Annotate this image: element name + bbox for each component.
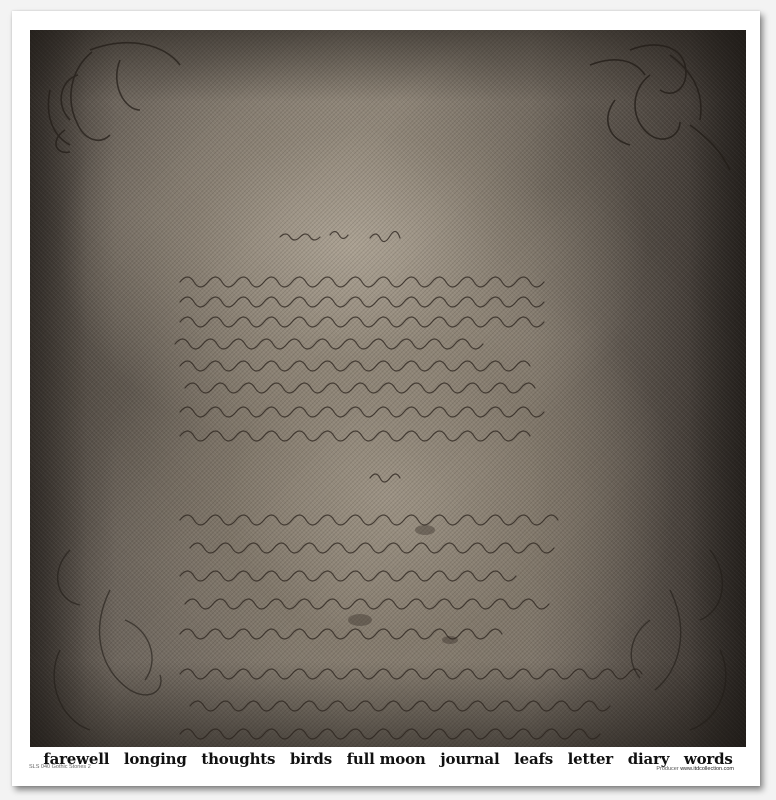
word-label: thoughts [201, 750, 275, 768]
word-label: birds [290, 750, 332, 768]
scrapbook-paper-sheet: farewell longing thoughts birds full moo… [12, 11, 760, 786]
producer-label: Producer [656, 766, 678, 772]
word-label: letter [568, 750, 613, 768]
word-label: longing [124, 750, 187, 768]
producer-url: www.itdcollection.com [680, 766, 734, 772]
product-code: SLS 040 Gothic Stories 2 [29, 764, 91, 770]
producer-credit: Producer www.itdcollection.com [656, 766, 734, 772]
word-label: full moon [347, 750, 426, 768]
word-label: leafs [514, 750, 553, 768]
word-label: journal [440, 750, 499, 768]
handwritten-letter-script [30, 30, 746, 747]
textured-artwork [30, 30, 746, 747]
word-strip: farewell longing thoughts birds full moo… [30, 747, 746, 771]
